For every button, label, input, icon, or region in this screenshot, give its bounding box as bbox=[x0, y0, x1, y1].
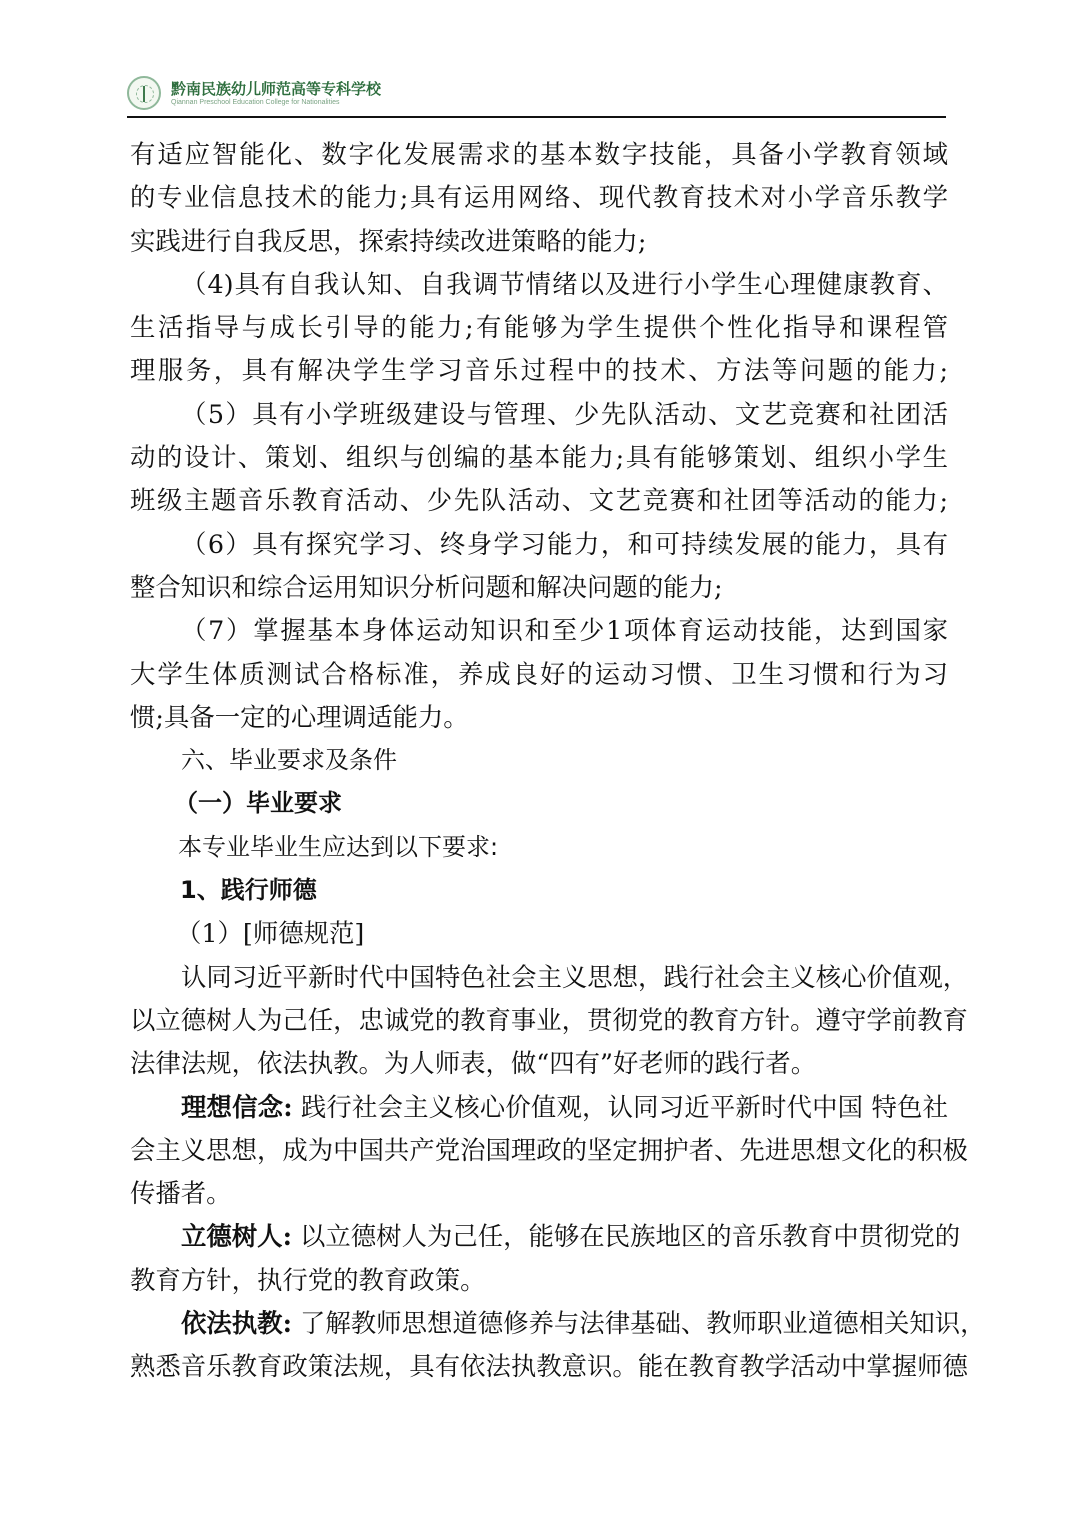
list-item-5: （5）具有小学班级建设与管理、少先队活动、文艺竞赛和社团活 bbox=[130, 393, 948, 436]
ideals-paragraph: 理想信念: 践行社会主义核心价值观，认同习近平新时代中国 特色社 bbox=[130, 1086, 948, 1129]
paragraph-line: 大学生体质测试合格标准，养成良好的运动习惯、卫生习惯和行为习 bbox=[130, 653, 948, 696]
paragraph-line: 认同习近平新时代中国特色社会主义思想，践行社会主义核心价值观， bbox=[130, 956, 948, 999]
paragraph-line: 的专业信息技术的能力;具有运用网络、现代教育技术对小学音乐教学 bbox=[130, 176, 948, 219]
ideals-text: 践行社会主义核心价值观，认同习近平新时代中国 特色社 bbox=[293, 1092, 948, 1122]
paragraph-line: 教育方针，执行党的教育政策。 bbox=[130, 1259, 948, 1302]
school-emblem-icon bbox=[127, 76, 161, 110]
law-paragraph: 依法执教: 了解教师思想道德修养与法律基础、教师职业道德相关知识， bbox=[130, 1302, 948, 1345]
moral-label: 立德树人: bbox=[181, 1221, 292, 1251]
paragraph-line: 班级主题音乐教育活动、少先队活动、文艺竞赛和社团等活动的能力; bbox=[130, 479, 948, 522]
document-body: 有适应智能化、数字化发展需求的基本数字技能，具备小学教育领域 的专业信息技术的能… bbox=[130, 133, 948, 1389]
paragraph-line: 以立德树人为己任，忠诚党的教育事业，贯彻党的教育方针。遵守学前教育 bbox=[130, 999, 948, 1042]
law-label: 依法执教: bbox=[181, 1308, 292, 1338]
list-item-4: （4)具有自我认知、自我调节情绪以及进行小学生心理健康教育、 bbox=[130, 263, 948, 306]
moral-paragraph: 立德树人: 以立德树人为己任，能够在民族地区的音乐教育中贯彻党的 bbox=[130, 1215, 948, 1258]
ideals-label: 理想信念: bbox=[181, 1092, 293, 1122]
paragraph-line: 会主义思想，成为中国共产党治国理政的坚定拥护者、先进思想文化的积极 bbox=[130, 1129, 948, 1172]
item-subtitle: （1）[师德规范] bbox=[130, 912, 948, 955]
page-header: 黔南民族幼儿师范高等专科学校 Qiannan Preschool Educati… bbox=[127, 74, 946, 118]
paragraph-line: 实践进行自我反思，探索持续改进策略的能力; bbox=[130, 220, 948, 263]
law-text: 了解教师思想道德修养与法律基础、教师职业道德相关知识， bbox=[292, 1308, 986, 1338]
moral-text: 以立德树人为己任，能够在民族地区的音乐教育中贯彻党的 bbox=[292, 1221, 960, 1251]
intro-text: 本专业毕业生应达到以下要求: bbox=[130, 826, 948, 869]
list-item-7: （7）掌握基本身体运动知识和至少1项体育运动技能，达到国家 bbox=[130, 609, 948, 652]
school-name-en: Qiannan Preschool Education College for … bbox=[171, 99, 340, 106]
section-title: 六、毕业要求及条件 bbox=[130, 739, 948, 782]
paragraph-line: 熟悉音乐教育政策法规，具有依法执教意识。能在教育教学活动中掌握师德 bbox=[130, 1345, 948, 1388]
paragraph-line: 传播者。 bbox=[130, 1172, 948, 1215]
paragraph-line: 理服务，具有解决学生学习音乐过程中的技术、方法等问题的能力; bbox=[130, 349, 948, 392]
school-name-cn: 黔南民族幼儿师范高等专科学校 bbox=[171, 78, 381, 99]
item-title: 1、践行师德 bbox=[130, 869, 948, 912]
paragraph-line: 生活指导与成长引导的能力;有能够为学生提供个性化指导和课程管 bbox=[130, 306, 948, 349]
paragraph-line: 惯;具备一定的心理调适能力。 bbox=[130, 696, 948, 739]
paragraph-line: 法律法规，依法执教。为人师表，做“四有”好老师的践行者。 bbox=[130, 1042, 948, 1085]
paragraph-line: 动的设计、策划、组织与创编的基本能力;具有能够策划、组织小学生 bbox=[130, 436, 948, 479]
subsection-title: （一）毕业要求 bbox=[130, 782, 948, 825]
list-item-6: （6）具有探究学习、终身学习能力，和可持续发展的能力，具有 bbox=[130, 523, 948, 566]
paragraph-line: 整合知识和综合运用知识分析问题和解决问题的能力; bbox=[130, 566, 948, 609]
paragraph-line: 有适应智能化、数字化发展需求的基本数字技能，具备小学教育领域 bbox=[130, 133, 948, 176]
